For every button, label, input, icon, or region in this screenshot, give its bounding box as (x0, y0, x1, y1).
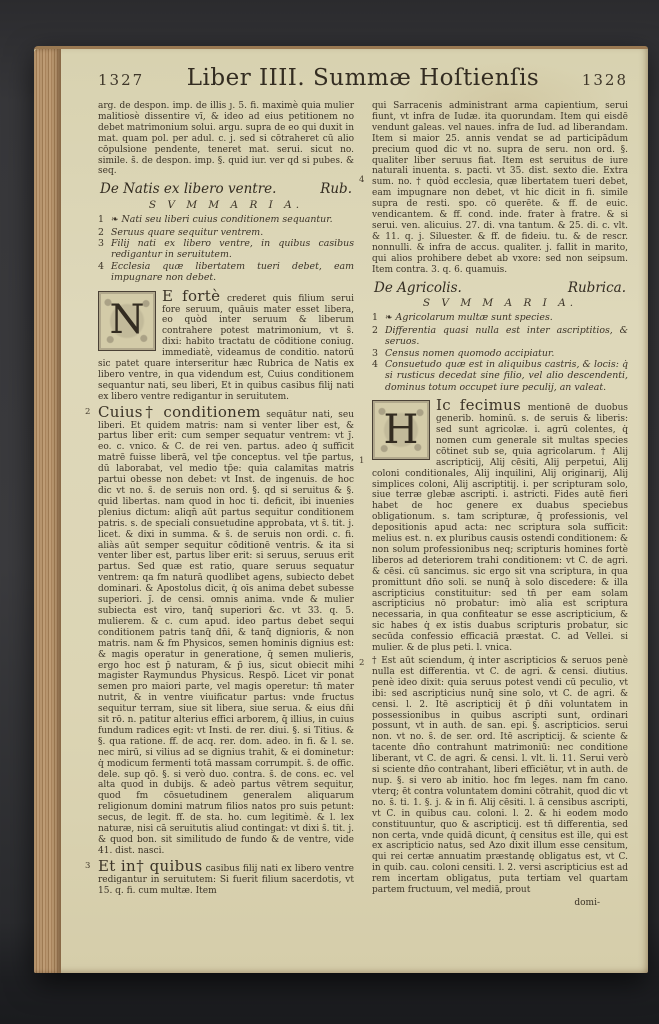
continuation-paragraph: 4 qui Sarracenis administrant arma capie… (372, 101, 628, 276)
summaria-item-text: Filij nati ex libero ventre, in quibus c… (111, 238, 354, 261)
rubric-label: Rubrica. (568, 283, 626, 294)
text-columns: arg. de despon. imp. de illis ȷ. 5. fi. … (98, 101, 628, 909)
rubric-heading-de-natis: De Natis ex libero ventre. Rub. (100, 184, 352, 195)
summaria-item-number: 4 (98, 261, 111, 284)
summaria-item-text: Differentia quasi nulla est inter ascrip… (385, 325, 628, 348)
margin-paragraph-number: 2 (359, 658, 364, 669)
page-number-left: 1327 (98, 71, 144, 89)
continuation-paragraph: arg. de despon. imp. de illis ȷ. 5. fi. … (98, 101, 354, 177)
summaria-item-text: Seruus quare sequitur ventrem. (111, 227, 354, 238)
summaria-list: 1 ❧Agricolarum multæ sunt species. 2 Dif… (372, 312, 628, 393)
summaria-item: 1 ❧Nati seu liberi cuius conditionem seq… (98, 214, 354, 226)
page-content: 1327 Liber IIII. Summæ Hoſtienſis 1328 a… (60, 49, 648, 973)
rubric-label: Rub. (320, 184, 352, 195)
summaria-item-number: 1 (98, 214, 111, 226)
summaria-item-text: Ecclesia quæ libertatem tueri debet, eam… (111, 261, 354, 284)
decorated-initial-H: H (372, 400, 430, 460)
summaria-item-number: 4 (372, 359, 385, 393)
rubric-heading-de-agricolis: De Agricolis. Rubrica. (374, 283, 626, 294)
summaria-item: 4 Consuetudo quæ est in aliquibus castri… (372, 359, 628, 393)
margin-paragraph-number: 4 (359, 175, 364, 186)
body-paragraph: N E fortè crederet quis filium serui for… (98, 289, 354, 403)
hedera-leaf-icon: ❧ (385, 313, 393, 323)
page-fore-edge (34, 49, 61, 973)
summaria-item: 1 ❧Agricolarum multæ sunt species. (372, 312, 628, 324)
book-page: 1327 Liber IIII. Summæ Hoſtienſis 1328 a… (34, 46, 648, 973)
rubric-title: De Natis ex libero ventre. (100, 184, 276, 195)
hedera-leaf-icon: ❧ (111, 215, 119, 225)
summaria-item-text: Consuetudo quæ est in aliquibus castris,… (385, 359, 628, 393)
paragraph-text: qui Sarracenis administrant arma capient… (372, 101, 628, 275)
left-column: arg. de despon. imp. de illis ȷ. 5. fi. … (98, 101, 354, 909)
summaria-title: S V M M A R I A. (372, 298, 628, 309)
summaria-item-text: Agricolarum multæ sunt species. (396, 312, 553, 323)
summaria-item-number: 1 (372, 312, 385, 324)
decorated-initial-N: N (98, 291, 156, 351)
summaria-title: S V M M A R I A. (98, 200, 354, 211)
paragraph-text: † Est aūt sciendum, q̇ inter ascripticio… (372, 656, 628, 895)
paragraph-text: sequātur nati, seu liberi. Et quidem mat… (98, 410, 354, 856)
body-paragraph: 2 † Est aūt sciendum, q̇ inter ascriptic… (372, 656, 628, 896)
paragraph-lead: Ic fecimus (436, 396, 521, 414)
summaria-item-text: Nati seu liberi cuius conditionem sequan… (122, 214, 333, 225)
summaria-item: 3 Census nomen quomodo accipiatur. (372, 348, 628, 359)
summaria-list: 1 ❧Nati seu liberi cuius conditionem seq… (98, 214, 354, 283)
rubric-title: De Agricolis. (374, 283, 462, 294)
paragraph-lead: Cuius† conditionem (98, 403, 261, 421)
summaria-item-number: 3 (98, 238, 111, 261)
margin-paragraph-number: 1 (359, 456, 364, 467)
book-title: Liber IIII. Summæ Hoſtienſis (187, 65, 539, 91)
summaria-item: 4 Ecclesia quæ libertatem tueri debet, e… (98, 261, 354, 284)
body-paragraph: 1 H Ic fecimus mentionē de duobus generi… (372, 398, 628, 654)
summaria-item: 2 Differentia quasi nulla est inter ascr… (372, 325, 628, 348)
page-number-right: 1328 (582, 71, 628, 89)
catchword: domi- (372, 898, 628, 909)
summaria-item-text: Census nomen quomodo accipiatur. (385, 348, 628, 359)
summaria-item-number: 3 (372, 348, 385, 359)
summaria-item-number: 2 (98, 227, 111, 238)
summaria-item-number: 2 (372, 325, 385, 348)
scanned-book-photo: 1327 Liber IIII. Summæ Hoſtienſis 1328 a… (0, 0, 659, 1024)
margin-paragraph-number: 2 (85, 407, 90, 418)
margin-paragraph-number: 3 (85, 861, 90, 872)
summaria-item: 2 Seruus quare sequitur ventrem. (98, 227, 354, 238)
paragraph-lead: E fortè (162, 287, 220, 305)
body-paragraph: 2 Cuius† conditionem sequātur nati, seu … (98, 405, 354, 857)
summaria-item: 3 Filij nati ex libero ventre, in quibus… (98, 238, 354, 261)
running-header: 1327 Liber IIII. Summæ Hoſtienſis 1328 (98, 65, 628, 91)
paragraph-lead: Et in† quibus (98, 857, 202, 875)
body-paragraph: 3 Et in† quibus casibus filij nati ex li… (98, 859, 354, 897)
right-column: 4 qui Sarracenis administrant arma capie… (372, 101, 628, 909)
